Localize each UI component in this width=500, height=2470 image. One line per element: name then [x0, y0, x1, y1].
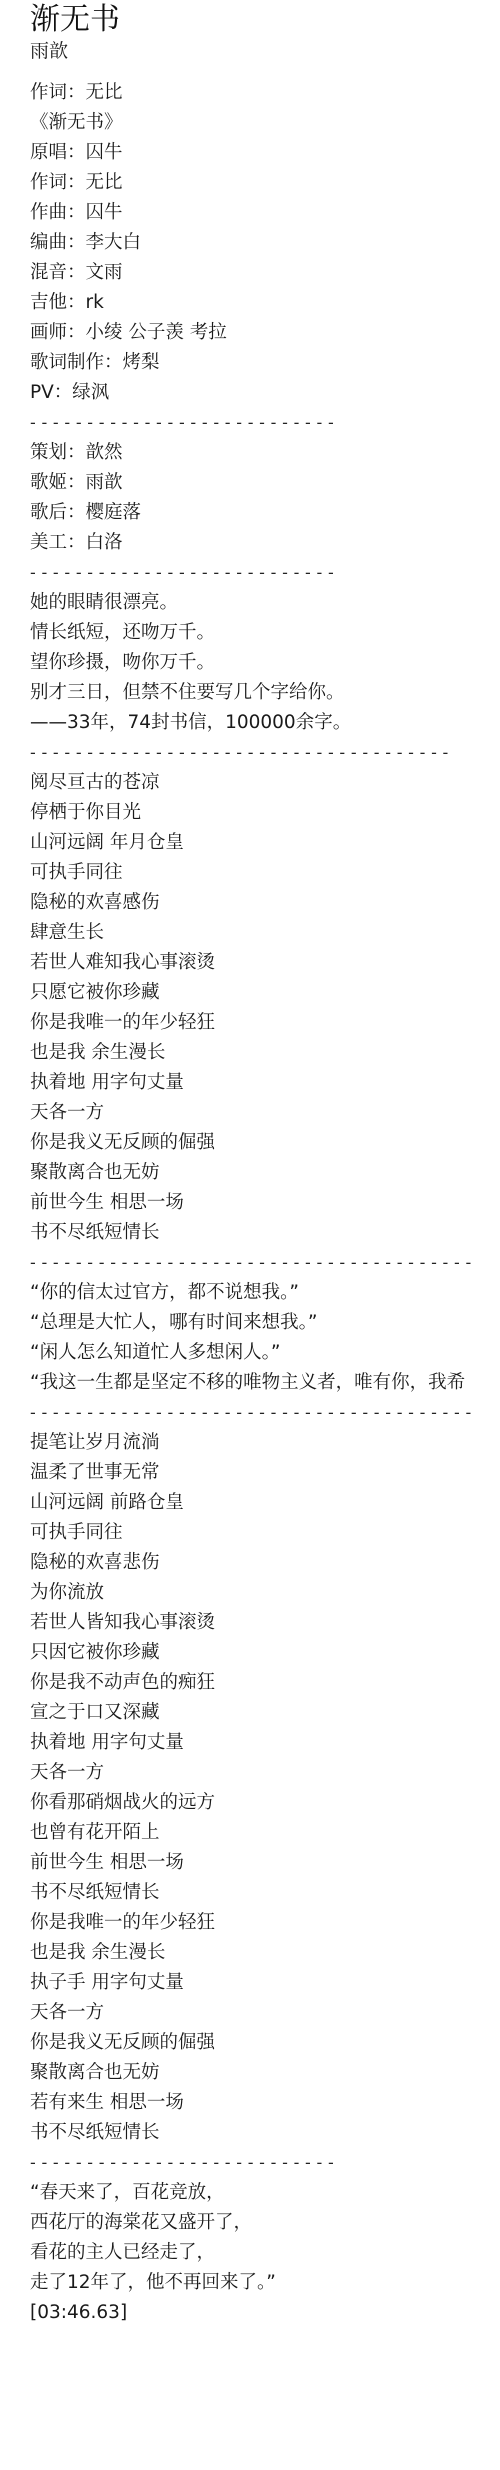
outro-line: “春天来了，百花竞放， [30, 2178, 500, 2208]
lyric-line: 为你流放 [30, 1578, 500, 1608]
lyric-line: 书不尽纸短情长 [30, 2118, 500, 2148]
lyric-line: 天各一方 [30, 1758, 500, 1788]
divider: - - - - - - - - - - - - - - - - - - - - … [30, 738, 500, 768]
lyric-line: 肆意生长 [30, 918, 500, 948]
intro-line: ——33年，74封书信，100000余字。 [30, 708, 500, 738]
credit-line: 编曲：李大白 [30, 228, 500, 258]
staff-line: 歌姬：雨歆 [30, 468, 500, 498]
lyric-line: 执子手 用字句丈量 [30, 1968, 500, 1998]
lyric-line: 可执手同往 [30, 858, 500, 888]
lyric-line: 你是我义无反顾的倔强 [30, 2028, 500, 2058]
credit-line: 作词：无比 [30, 168, 500, 198]
intro-line: 情长纸短，还吻万千。 [30, 618, 500, 648]
lyric-line: 阅尽亘古的苍凉 [30, 768, 500, 798]
lyric-line: 只因它被你珍藏 [30, 1638, 500, 1668]
divider: - - - - - - - - - - - - - - - - - - - - … [30, 558, 500, 588]
divider: - - - - - - - - - - - - - - - - - - - - … [30, 1248, 500, 1278]
quote-line: “你的信太过官方，都不说想我。” [30, 1278, 500, 1308]
intro-line: 望你珍摄，吻你万千。 [30, 648, 500, 678]
lyric-line: 聚散离合也无妨 [30, 2058, 500, 2088]
lyric-line: 温柔了世事无常 [30, 1458, 500, 1488]
credit-line: 《渐无书》 [30, 108, 500, 138]
lyric-line: 也是我 余生漫长 [30, 1938, 500, 1968]
staff-line: 歌后：樱庭落 [30, 498, 500, 528]
lyric-line: 前世今生 相思一场 [30, 1188, 500, 1218]
credit-line: 吉他：rk [30, 288, 500, 318]
lyric-line: 若世人皆知我心事滚烫 [30, 1608, 500, 1638]
lyrics-body: 作词：无比 《渐无书》 原唱：囚牛 作词：无比 作曲：囚牛 编曲：李大白 混音：… [30, 78, 500, 2328]
lyric-line: 宣之于口又深藏 [30, 1698, 500, 1728]
lyric-line: 天各一方 [30, 1998, 500, 2028]
divider: - - - - - - - - - - - - - - - - - - - - … [30, 1398, 500, 1428]
lyric-line: 提笔让岁月流淌 [30, 1428, 500, 1458]
intro-line: 别才三日，但禁不住要写几个字给你。 [30, 678, 500, 708]
lyric-line: 只愿它被你珍藏 [30, 978, 500, 1008]
lyric-line: 也曾有花开陌上 [30, 1818, 500, 1848]
divider: - - - - - - - - - - - - - - - - - - - - … [30, 408, 500, 438]
lyric-line: 你是我唯一的年少轻狂 [30, 1008, 500, 1038]
quote-line: “总理是大忙人，哪有时间来想我。” [30, 1308, 500, 1338]
credit-line: PV：绿沨 [30, 378, 500, 408]
credit-line: 作曲：囚牛 [30, 198, 500, 228]
timestamp: [03:46.63] [30, 2298, 500, 2328]
staff-line: 美工：白洛 [30, 528, 500, 558]
credit-line: 混音：文雨 [30, 258, 500, 288]
lyric-line: 你是我义无反顾的倔强 [30, 1128, 500, 1158]
quote-line: “闲人怎么知道忙人多想闲人。” [30, 1338, 500, 1368]
quote-line: “我这一生都是坚定不移的唯物主义者，唯有你，我希 [30, 1368, 500, 1398]
lyric-line: 也是我 余生漫长 [30, 1038, 500, 1068]
lyric-line: 若世人难知我心事滚烫 [30, 948, 500, 978]
lyric-line: 书不尽纸短情长 [30, 1878, 500, 1908]
credit-line: 画师：小绫 公子羡 考拉 [30, 318, 500, 348]
credit-line: 歌词制作：烤梨 [30, 348, 500, 378]
lyric-line: 隐秘的欢喜悲伤 [30, 1548, 500, 1578]
artist-name: 雨歆 [30, 38, 500, 64]
outro-line: 西花厅的海棠花又盛开了， [30, 2208, 500, 2238]
outro-line: 看花的主人已经走了， [30, 2238, 500, 2268]
lyric-line: 执着地 用字句丈量 [30, 1728, 500, 1758]
lyric-line: 山河远阔 前路仓皇 [30, 1488, 500, 1518]
lyric-line: 书不尽纸短情长 [30, 1218, 500, 1248]
lyric-line: 天各一方 [30, 1098, 500, 1128]
outro-line: 走了12年了，他不再回来了。” [30, 2268, 500, 2298]
lyric-line: 聚散离合也无妨 [30, 1158, 500, 1188]
lyric-line: 隐秘的欢喜感伤 [30, 888, 500, 918]
lyric-line: 你是我唯一的年少轻狂 [30, 1908, 500, 1938]
lyric-line: 山河远阔 年月仓皇 [30, 828, 500, 858]
lyric-line: 停栖于你目光 [30, 798, 500, 828]
lyric-line: 执着地 用字句丈量 [30, 1068, 500, 1098]
staff-line: 策划：歆然 [30, 438, 500, 468]
credit-line: 作词：无比 [30, 78, 500, 108]
divider: - - - - - - - - - - - - - - - - - - - - … [30, 2148, 500, 2178]
lyric-line: 前世今生 相思一场 [30, 1848, 500, 1878]
lyrics-page: 渐无书 雨歆 作词：无比 《渐无书》 原唱：囚牛 作词：无比 作曲：囚牛 编曲：… [0, 0, 500, 2328]
credit-line: 原唱：囚牛 [30, 138, 500, 168]
intro-line: 她的眼睛很漂亮。 [30, 588, 500, 618]
lyric-line: 若有来生 相思一场 [30, 2088, 500, 2118]
lyric-line: 你是我不动声色的痴狂 [30, 1668, 500, 1698]
song-title: 渐无书 [30, 2, 500, 38]
lyric-line: 可执手同往 [30, 1518, 500, 1548]
lyric-line: 你看那硝烟战火的远方 [30, 1788, 500, 1818]
